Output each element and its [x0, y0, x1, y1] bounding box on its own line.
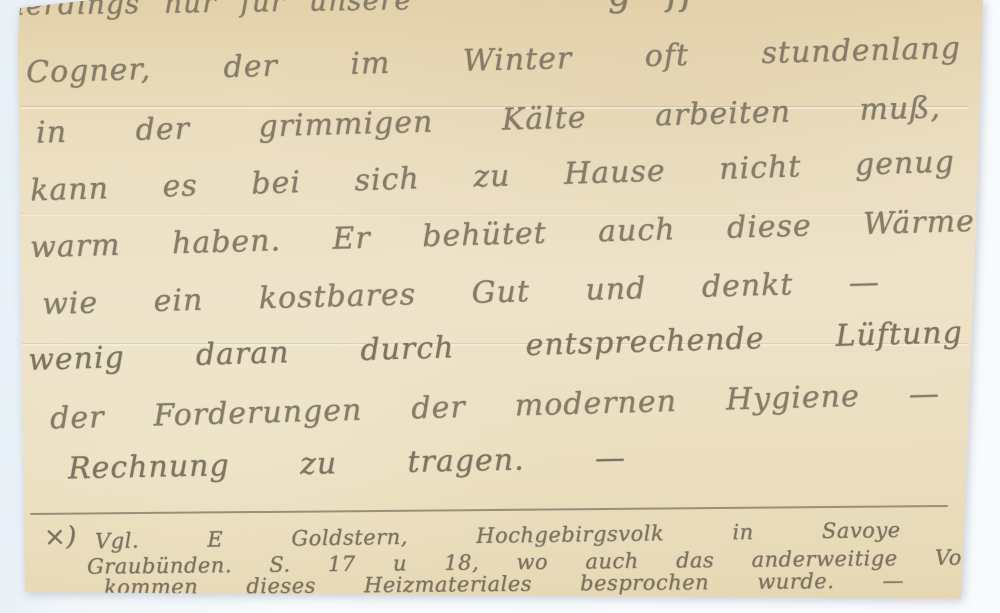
paper-sheet: lerdings nur für unsere g ff Cogner, der… [0, 0, 1000, 613]
handwritten-line: wenig daran durch entsprechende Lüftung [28, 316, 964, 378]
handwritten-line-cut-fragment: g ff [608, 0, 696, 15]
footnote-marker: ×) [43, 522, 77, 553]
scanned-document: lerdings nur für unsere g ff Cogner, der… [0, 0, 1000, 613]
paper-shadow: lerdings nur für unsere g ff Cogner, der… [0, 0, 1000, 613]
handwritten-line: warm haben. Er behütet auch diese Wärme [30, 205, 976, 266]
handwritten-line: Cogner, der im Winter oft stundenlang [26, 32, 962, 91]
footnote-separator-line [30, 505, 948, 515]
handwritten-line: kann es bei sich zu Hause nicht genug [30, 145, 956, 209]
handwritten-line: Rechnung zu tragen. — [68, 442, 627, 487]
handwritten-line: in der grimmigen Kälte arbeiten muß, [36, 91, 942, 151]
handwritten-line: wie ein kostbares Gut und denkt — [42, 266, 881, 322]
handwritten-line: lerdings nur für unsere [16, 0, 412, 22]
handwritten-line: der Forderungen der modernen Hygiene — [50, 378, 941, 437]
